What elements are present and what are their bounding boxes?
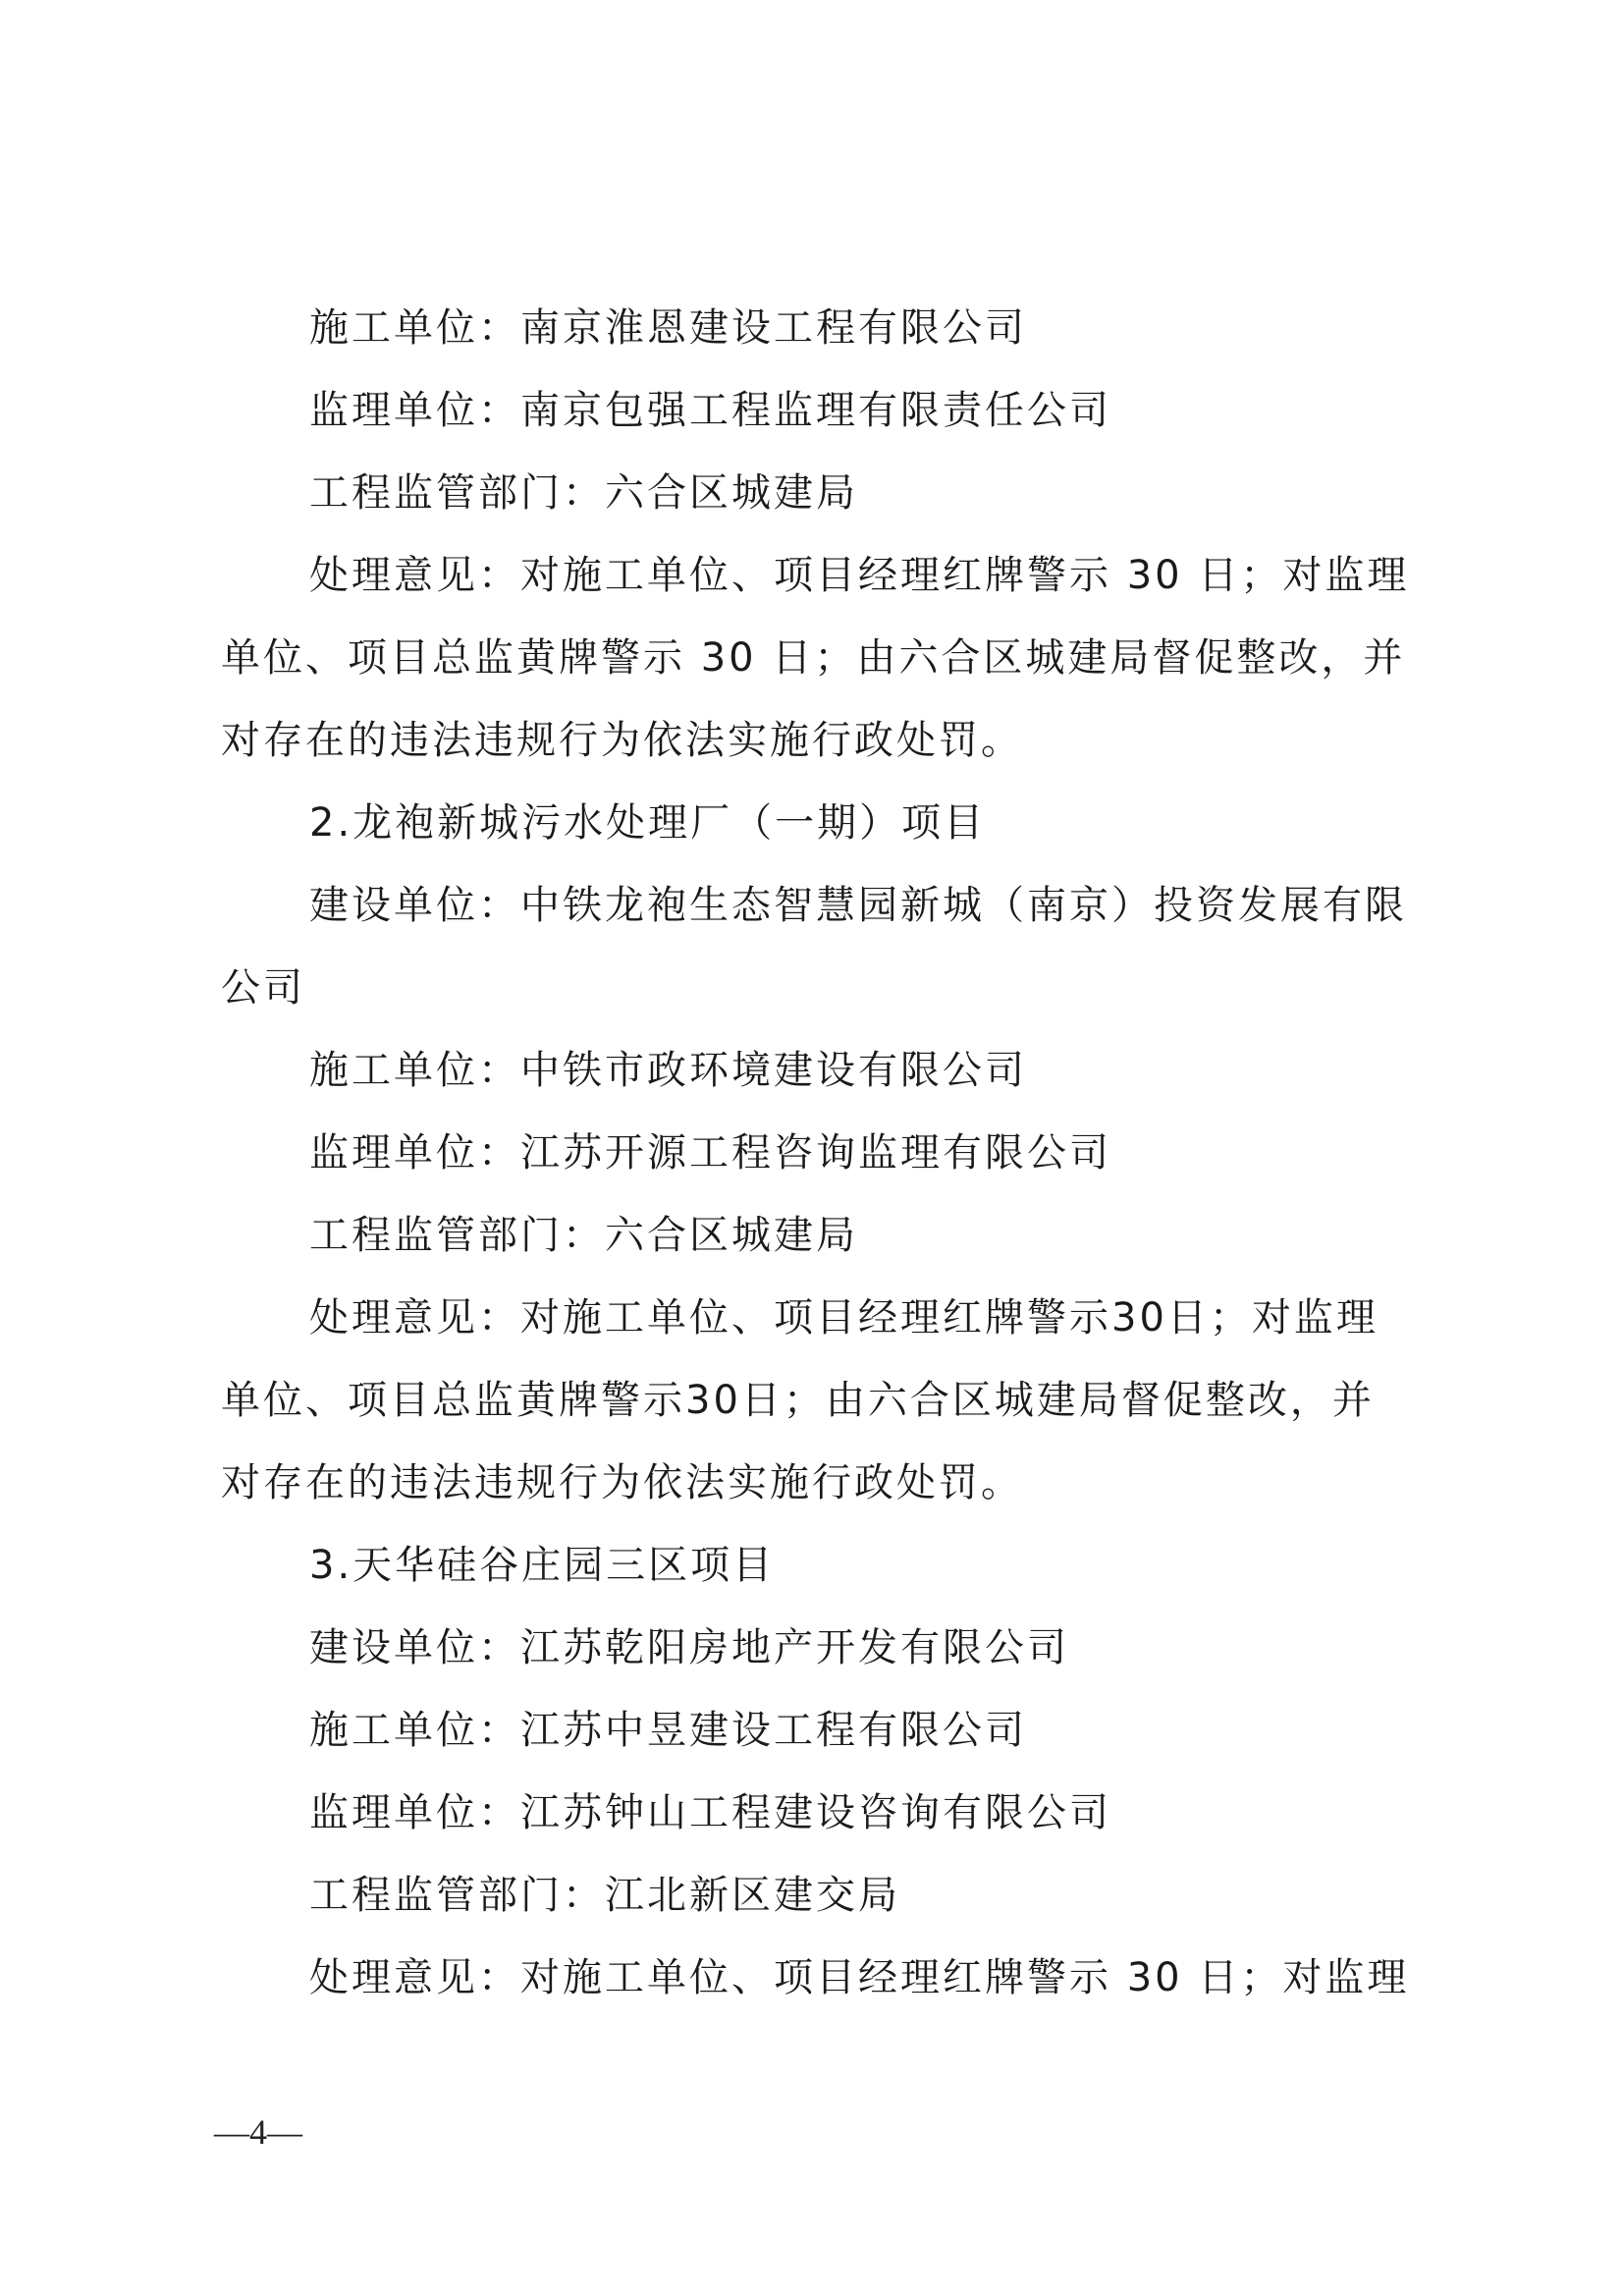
section-1-decision-line-1: 处理意见：对施工单位、项目经理红牌警示 30 日；对监理 (221, 534, 1438, 617)
section-2-decision-line-2: 单位、项目总监黄牌警示30日；由六合区城建局督促整改，并 (221, 1359, 1438, 1442)
section-3-supervision-unit: 监理单位：江苏钟山工程建设咨询有限公司 (221, 1772, 1438, 1854)
section-2-supervision-unit: 监理单位：江苏开源工程咨询监理有限公司 (221, 1112, 1438, 1194)
document-page: 施工单位：南京淮恩建设工程有限公司 监理单位：南京包强工程监理有限责任公司 工程… (0, 0, 1622, 2296)
section-1-decision-line-2: 单位、项目总监黄牌警示 30 日；由六合区城建局督促整改，并 (221, 617, 1438, 699)
section-2-owner-unit-line-1: 建设单位：中铁龙袍生态智慧园新城（南京）投资发展有限 (221, 864, 1438, 947)
page-number: —4— (214, 2111, 302, 2153)
section-3-regulator: 工程监管部门：江北新区建交局 (221, 1854, 1438, 1937)
section-3-owner-unit: 建设单位：江苏乾阳房地产开发有限公司 (221, 1607, 1438, 1689)
section-2-regulator: 工程监管部门：六合区城建局 (221, 1194, 1438, 1277)
section-2-title: 2.龙袍新城污水处理厂（一期）项目 (221, 782, 1438, 864)
section-3-decision-line-1: 处理意见：对施工单位、项目经理红牌警示 30 日；对监理 (221, 1937, 1438, 2019)
section-1-supervision-unit: 监理单位：南京包强工程监理有限责任公司 (221, 369, 1438, 452)
section-1-construction-unit: 施工单位：南京淮恩建设工程有限公司 (221, 287, 1438, 369)
section-1-regulator: 工程监管部门：六合区城建局 (221, 452, 1438, 534)
section-2-construction-unit: 施工单位：中铁市政环境建设有限公司 (221, 1029, 1438, 1112)
section-3-construction-unit: 施工单位：江苏中昱建设工程有限公司 (221, 1689, 1438, 1772)
document-body: 施工单位：南京淮恩建设工程有限公司 监理单位：南京包强工程监理有限责任公司 工程… (221, 287, 1438, 2019)
section-2-decision-line-1: 处理意见：对施工单位、项目经理红牌警示30日；对监理 (221, 1277, 1438, 1359)
section-1-decision-line-3: 对存在的违法违规行为依法实施行政处罚。 (221, 699, 1438, 782)
section-2-owner-unit-line-2: 公司 (221, 947, 1438, 1029)
section-2-decision-line-3: 对存在的违法违规行为依法实施行政处罚。 (221, 1442, 1438, 1524)
section-3-title: 3.天华硅谷庄园三区项目 (221, 1524, 1438, 1607)
